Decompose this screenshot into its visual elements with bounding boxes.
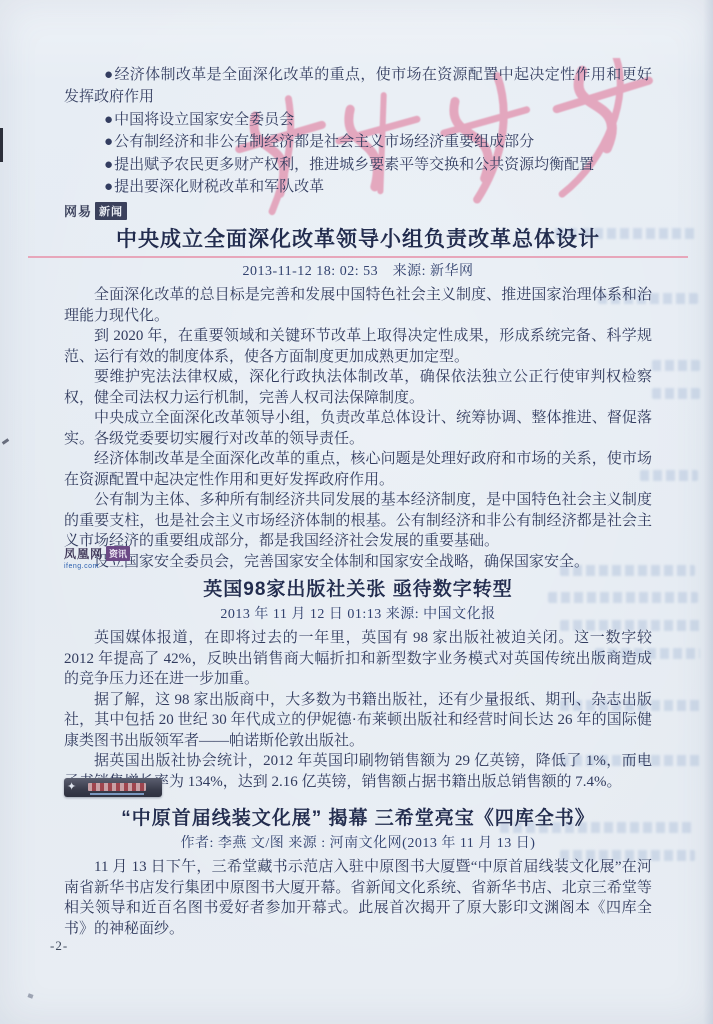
bullet-icon: ● [104,134,113,150]
ifeng-url-text: ifeng.com [64,563,652,570]
logo-red-band [88,783,146,791]
article-paragraph: 到 2020 年，在重要领域和关键环节改革上取得决定性成果，形成系统完备、科学规… [64,326,652,367]
netease-news-badge: 新闻 [95,202,127,220]
bullet-text: 公有制经济和非公有制经济都是社会主义市场经济重要组成部分 [114,134,534,150]
scan-edge-artifact [2,438,9,444]
list-item: ●提出赋予农民更多财产权利，推进城乡要素平等交换和公共资源均衡配置 [64,154,652,176]
star-icon: ✦ [67,780,76,794]
article-headline: “中原首届线装文化展” 揭幕 三希堂亮宝《四库全书》 [64,803,652,830]
logo-sub-line [90,793,144,795]
article-paragraph: 11 月 13 日下午，三希堂藏书示范店入驻中原图书大厦暨“中原首届线装文化展”… [64,857,652,939]
article-byline: 作者: 李燕 文/图 来源 : 河南文化网(2013 年 11 月 13 日) [64,832,652,852]
article-paragraph: 全面深化改革的总目标是完善和发展中国特色社会主义制度、推进国家治理体系和治理能力… [64,285,652,326]
list-item: ●提出要深化财税改革和军队改革 [64,176,652,198]
summary-bullet-list: ●经济体制改革是全面深化改革的重点，使市场在资源配置中起决定性作用和更好发挥政府… [64,64,652,198]
article-paragraph: 公有制为主体、多种所有制经济共同发展的基本经济制度，是中国特色社会主义制度的重要… [64,490,652,552]
page-number: -2- [50,938,68,954]
bullet-text: 提出赋予农民更多财产权利，推进城乡要素平等交换和公共资源均衡配置 [114,157,594,173]
bullet-text: 中国将设立国家安全委员会 [114,112,294,128]
ifeng-logo: 凤凰网 资讯 ifeng.com [64,545,652,570]
article-headline: 英国98家出版社关张 亟待数字转型 [64,574,652,601]
scan-edge-artifact [27,993,33,998]
article-dateline: 2013 年 11 月 12 日 01:13 来源: 中国文化报 [64,603,652,623]
scan-edge-shadow [703,0,713,1024]
scanned-document-page: ●经济体制改革是全面深化改革的重点，使市场在资源配置中起决定性作用和更好发挥政府… [0,0,713,1024]
netease-logo-text: 网易 [64,201,92,220]
list-item: ●经济体制改革是全面深化改革的重点，使市场在资源配置中起决定性作用和更好发挥政府… [64,64,652,109]
article-headline: 中央成立全面深化改革领导小组负责改革总体设计 [64,223,652,253]
bullet-icon: ● [104,112,113,128]
article-paragraph: 英国媒体报道，在即将过去的一年里，英国有 98 家出版社被迫关闭。这一数字较 2… [64,628,652,690]
article-paragraph: 据了解，这 98 家出版商中，大多数为书籍出版社，还有少量报纸、期刊、杂志出版社… [64,690,652,752]
bullet-text: 提出要深化财税改革和军队改革 [114,179,324,195]
bullet-text: 经济体制改革是全面深化改革的重点，使市场在资源配置中起决定性作用和更好发挥政府作… [64,67,652,105]
bleedthrough-artifact [652,360,700,371]
headline-divider [28,256,688,258]
list-item: ●公有制经济和非公有制经济都是社会主义市场经济重要组成部分 [64,131,652,153]
netease-news-logo: 网易 新闻 [64,201,652,220]
henan-culture-logo: ✦ [64,778,162,797]
article-thread-bound-expo: ✦ “中原首届线装文化展” 揭幕 三希堂亮宝《四库全书》 作者: 李燕 文/图 … [64,778,652,939]
bullet-icon: ● [104,157,113,173]
ifeng-news-badge: 资讯 [106,546,130,561]
bleedthrough-artifact [652,388,700,399]
article-uk-publishers: 凤凰网 资讯 ifeng.com 英国98家出版社关张 亟待数字转型 2013 … [64,545,652,792]
list-item: ●中国将设立国家安全委员会 [64,109,652,131]
bullet-icon: ● [104,67,113,83]
ifeng-logo-text: 凤凰网 [64,545,103,562]
article-paragraph: 中央成立全面深化改革领导小组，负责改革总体设计、统筹协调、整体推进、督促落实。各… [64,408,652,449]
article-paragraph: 要维护宪法法律权威，深化行政执法体制改革，确保依法独立公正行使审判权检察权，健全… [64,367,652,408]
bullet-icon: ● [104,179,113,195]
scan-edge-artifact [0,128,3,162]
article-dateline: 2013-11-12 18: 02: 53 来源: 新华网 [64,260,652,280]
article-central-reform-group: 网易 新闻 中央成立全面深化改革领导小组负责改革总体设计 2013-11-12 … [64,201,652,572]
article-paragraph: 经济体制改革是全面深化改革的重点，核心问题是处理好政府和市场的关系，使市场在资源… [64,449,652,490]
